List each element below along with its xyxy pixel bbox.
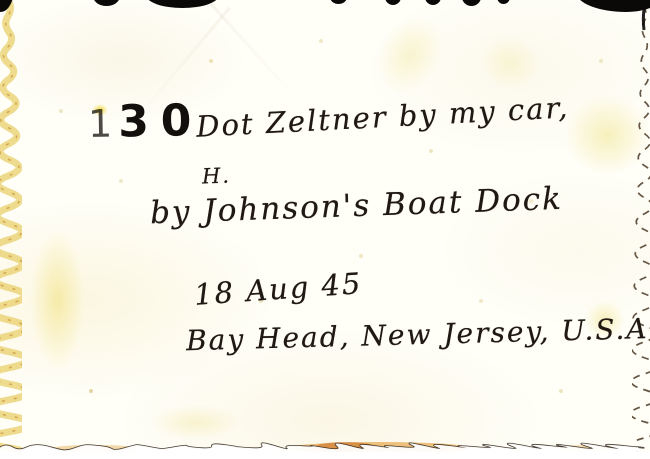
stamp-digits-bold: 30: [118, 95, 204, 147]
photo-back-scan: 130 Dot Zeltner by my car, H. by Johnson…: [0, 0, 650, 459]
caption-insertion: H.: [202, 164, 232, 189]
photo-number-stamp: 130: [88, 95, 204, 148]
stamp-digit-faint: 1: [88, 101, 119, 146]
paper-surface: [0, 0, 650, 459]
deckled-edge-left: [0, 0, 22, 459]
deckled-edge-right: [632, 0, 650, 459]
deckled-edge-bottom: [0, 433, 650, 459]
